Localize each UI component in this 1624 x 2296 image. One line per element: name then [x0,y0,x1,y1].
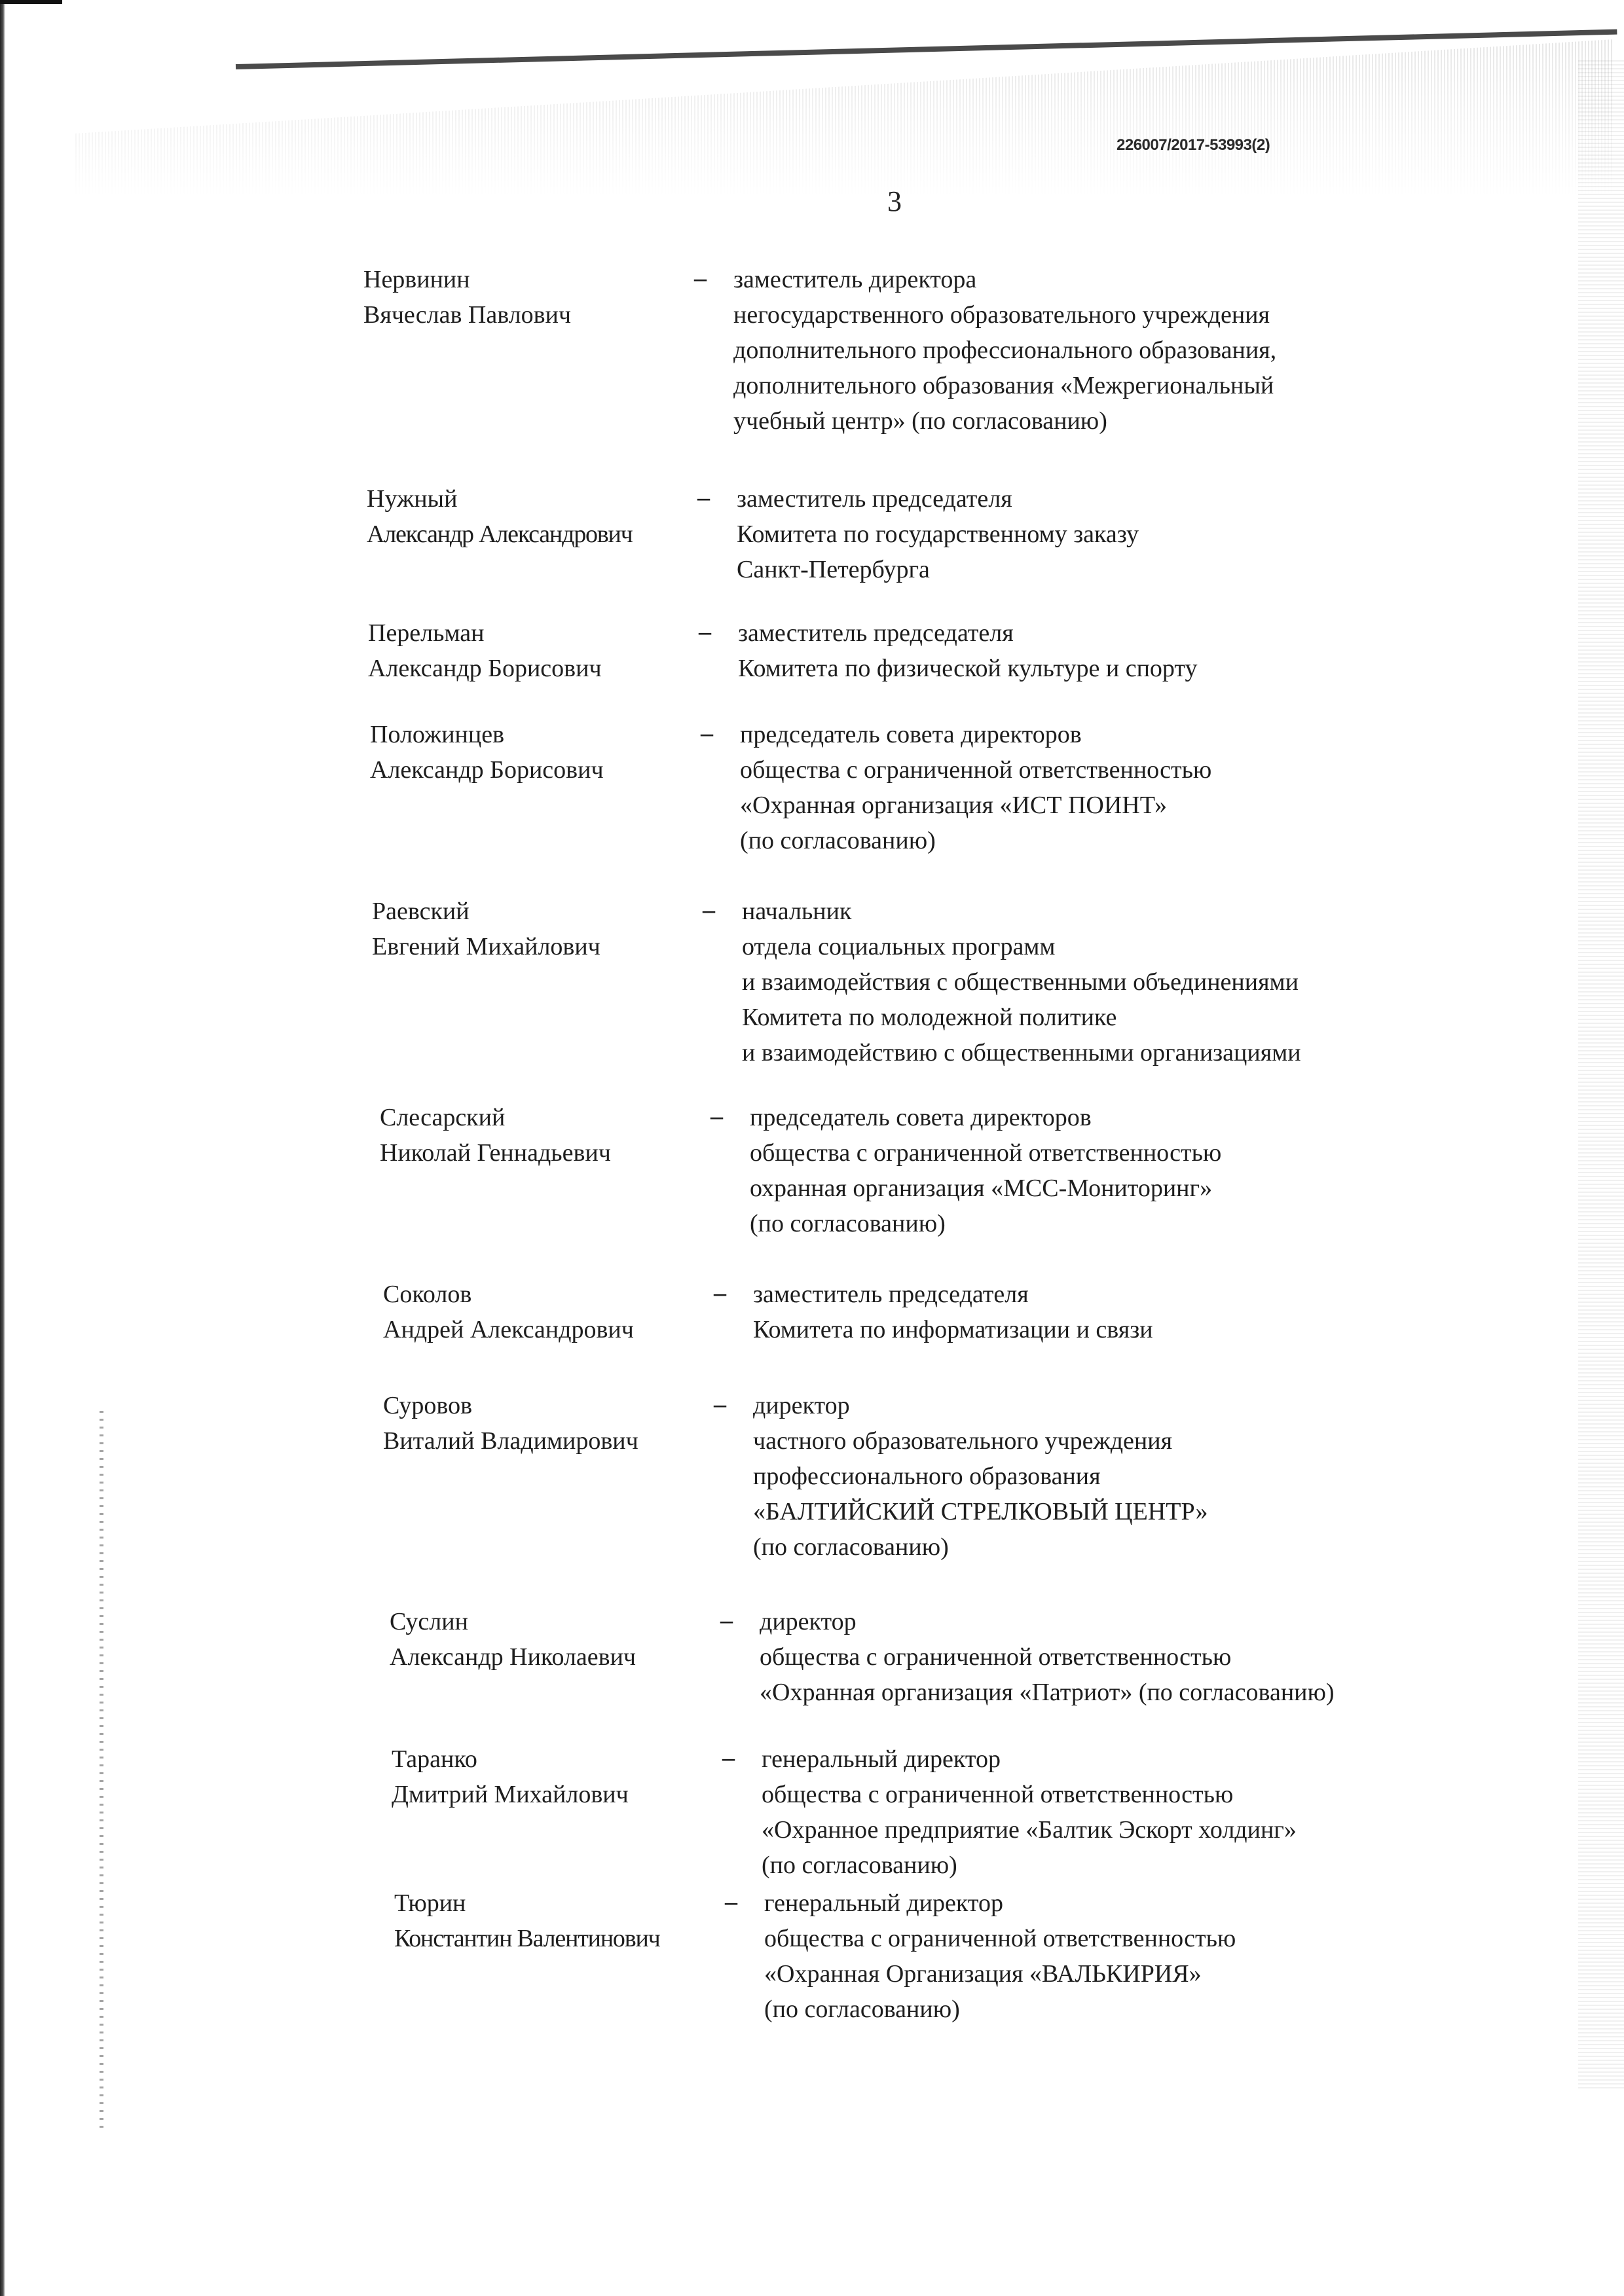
member-surname: Соколов [383,1277,724,1312]
member-name: Таранко Дмитрий Михайлович [392,1741,732,1812]
member-surname: Тюрин [394,1886,735,1921]
role-line: заместитель председателя [737,481,1139,517]
member-surname: Перельман [368,615,709,651]
member-role: заместитель председателяКомитета по инфо… [753,1277,1153,1347]
scan-corner-mark [0,0,62,4]
scan-right-shadow [1578,59,1624,2088]
role-line: (по согласованию) [764,1992,1236,2027]
role-line: дополнительного образования «Межрегионал… [733,368,1276,403]
member-given-names: Вячеслав Павлович [363,297,704,333]
member-given-names: Андрей Александрович [383,1312,724,1347]
role-line: Комитета по государственному заказу [737,517,1139,552]
separator-dash: – [725,1884,737,1920]
member-role: генеральный директоробщества с ограничен… [762,1741,1297,1883]
separator-dash: – [703,892,715,928]
registration-number: 226007/2017-53993(2) [1116,136,1270,155]
member-surname: Таранко [392,1741,732,1777]
role-line: (по согласованию) [762,1848,1297,1883]
member-given-names: Дмитрий Михайлович [392,1777,732,1812]
scan-left-noise [100,1408,103,2128]
role-line: (по согласованию) [750,1206,1221,1241]
member-role: заместитель председателяКомитета по госу… [737,481,1139,587]
member-given-names: Евгений Михайлович [372,929,712,964]
role-line: и взаимодействию с общественными организ… [742,1035,1301,1070]
role-line: председатель совета директоров [750,1100,1221,1135]
role-line: частного образовательного учреждения [753,1423,1208,1459]
separator-dash: – [699,614,711,649]
role-line: (по согласованию) [753,1529,1208,1565]
role-line: заместитель председателя [753,1277,1153,1312]
separator-dash: – [694,261,707,296]
role-line: (по согласованию) [740,823,1211,858]
member-role: директорчастного образовательного учрежд… [753,1388,1208,1565]
role-line: «Охранная Организация «ВАЛЬКИРИЯ» [764,1956,1236,1992]
role-line: профессионального образования [753,1459,1208,1494]
page-number: 3 [887,185,902,218]
member-role: начальникотдела социальных программи вза… [742,894,1301,1070]
role-line: негосударственного образовательного учре… [733,297,1276,333]
member-name: Раевский Евгений Михайлович [372,894,712,964]
role-line: директор [760,1604,1335,1639]
role-line: общества с ограниченной ответственностью [764,1921,1236,1956]
member-name: Перельман Александр Борисович [368,615,709,686]
member-surname: Суслин [390,1604,730,1639]
role-line: председатель совета директоров [740,717,1211,752]
member-role: председатель совета директоровобщества с… [740,717,1211,858]
role-line: начальник [742,894,1301,929]
role-line: отдела социальных программ [742,929,1301,964]
role-line: директор [753,1388,1208,1423]
separator-dash: – [714,1387,726,1422]
member-name: Тюрин Константин Валентинович [394,1886,735,1956]
member-given-names: Александр Борисович [370,752,710,788]
role-line: дополнительного профессионального образо… [733,333,1276,368]
role-line: общества с ограниченной ответственностью [750,1135,1221,1171]
role-line: «Охранная организация «ИСТ ПОИНТ» [740,788,1211,823]
separator-dash: – [720,1603,733,1638]
role-line: общества с ограниченной ответственностью [762,1777,1297,1812]
member-given-names: Виталий Владимирович [383,1423,724,1459]
role-line: общества с ограниченной ответственностью [760,1639,1335,1675]
role-line: охранная организация «МСС-Мониторинг» [750,1171,1221,1206]
role-line: заместитель председателя [738,615,1198,651]
separator-dash: – [701,716,713,751]
role-line: Комитета по молодежной политике [742,1000,1301,1035]
member-name: Нужный Александр Александрович [367,481,707,552]
role-line: «БАЛТИЙСКИЙ СТРЕЛКОВЫЙ ЦЕНТР» [753,1494,1208,1529]
member-given-names: Александр Александрович [367,517,707,552]
role-line: и взаимодействия с общественными объедин… [742,964,1301,1000]
member-role: директоробщества с ограниченной ответств… [760,1604,1335,1710]
member-name: Слесарский Николай Геннадьевич [380,1100,720,1171]
member-name: Соколов Андрей Александрович [383,1277,724,1347]
member-surname: Положинцев [370,717,710,752]
member-surname: Нервинин [363,262,704,297]
role-line: «Охранная организация «Патриот» (по согл… [760,1675,1335,1710]
role-line: генеральный директор [764,1886,1236,1921]
role-line: Комитета по физической культуре и спорту [738,651,1198,686]
role-line: общества с ограниченной ответственностью [740,752,1211,788]
member-surname: Нужный [367,481,707,517]
role-line: Санкт-Петербурга [737,552,1139,587]
separator-dash: – [710,1099,723,1134]
role-line: «Охранное предприятие «Балтик Эскорт хол… [762,1812,1297,1848]
role-line: генеральный директор [762,1741,1297,1777]
member-given-names: Николай Геннадьевич [380,1135,720,1171]
member-given-names: Константин Валентинович [394,1921,735,1956]
separator-dash: – [714,1275,726,1311]
separator-dash: – [697,480,710,515]
member-role: генеральный директоробщества с ограничен… [764,1886,1236,2027]
member-given-names: Александр Николаевич [390,1639,730,1675]
member-name: Нервинин Вячеслав Павлович [363,262,704,333]
scan-left-border [0,0,5,2296]
member-surname: Раевский [372,894,712,929]
member-name: Суровов Виталий Владимирович [383,1388,724,1459]
member-name: Суслин Александр Николаевич [390,1604,730,1675]
role-line: заместитель директора [733,262,1276,297]
member-surname: Слесарский [380,1100,720,1135]
separator-dash: – [722,1740,735,1776]
member-surname: Суровов [383,1388,724,1423]
member-role: председатель совета директоровобщества с… [750,1100,1221,1241]
member-given-names: Александр Борисович [368,651,709,686]
role-line: Комитета по информатизации и связи [753,1312,1153,1347]
role-line: учебный центр» (по согласованию) [733,403,1276,439]
member-role: заместитель директоранегосударственного … [733,262,1276,439]
member-name: Положинцев Александр Борисович [370,717,710,788]
member-role: заместитель председателяКомитета по физи… [738,615,1198,686]
